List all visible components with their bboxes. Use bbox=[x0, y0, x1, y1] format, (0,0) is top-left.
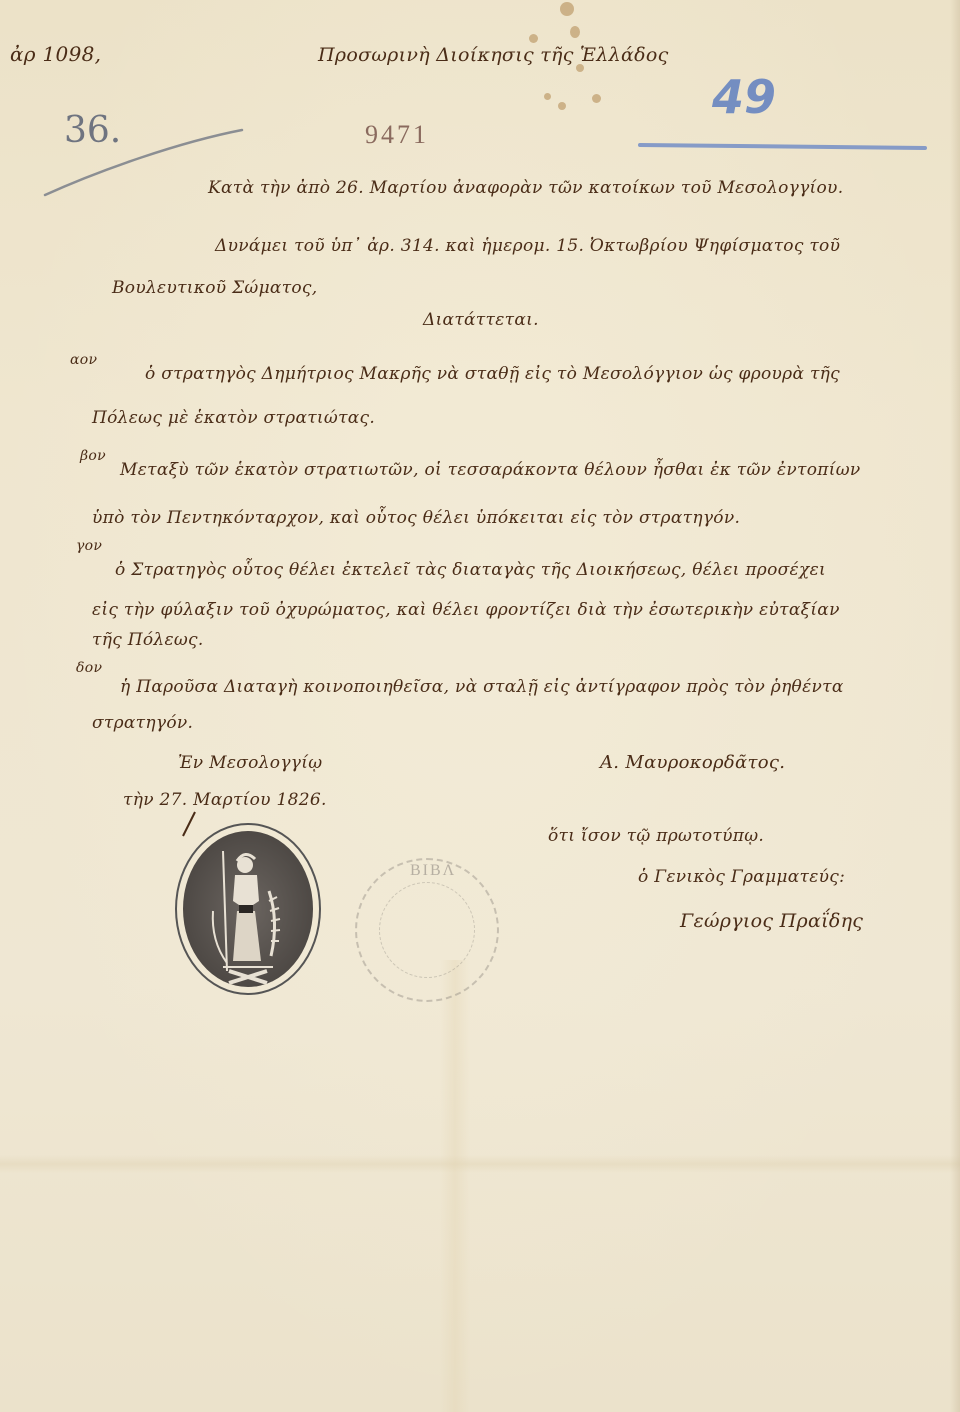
article-4-line-2: στρατηγόν. bbox=[92, 713, 193, 733]
article-2-line-2: ὑπὸ τὸν Πεντηκόνταρχον, καὶ οὗτος θέλει … bbox=[92, 508, 740, 528]
preamble-line-2: Δυνάμει τοῦ ὑπ᾽ ἀρ. 314. καὶ ἡμερομ. 15.… bbox=[215, 236, 840, 256]
manuscript-page: ἀρ 1098, Προσωρινὴ Διοίκησις τῆς Ἑλλάδος… bbox=[0, 0, 960, 1412]
article-1-line-2: Πόλεως μὲ ἑκατὸν στρατιώτας. bbox=[92, 408, 375, 428]
official-seal bbox=[175, 823, 321, 995]
date-of-issue: τὴν 27. Μαρτίου 1826. bbox=[123, 790, 327, 810]
article-marker: γον bbox=[76, 538, 102, 554]
preamble-line-3: Βουλευτικοῦ Σώματος, bbox=[112, 278, 317, 298]
ink-stain bbox=[529, 34, 538, 43]
article-3-line-1: ὁ Στρατηγὸς οὗτος θέλει ἐκτελεῖ τὰς διατ… bbox=[115, 560, 826, 580]
article-marker: δον bbox=[76, 660, 102, 676]
secretary-title: ὁ Γενικὸς Γραμματεύς: bbox=[638, 867, 845, 887]
paper-edge bbox=[950, 0, 960, 1412]
article-marker: αον bbox=[70, 352, 97, 368]
decree-word: Διατάττεται. bbox=[423, 310, 539, 330]
preamble-line-1: Κατὰ τὴν ἀπὸ 26. Μαρτίου ἀναφορὰν τῶν κα… bbox=[208, 178, 843, 198]
attestation-line: ὅτι ἴσον τῷ πρωτοτύπῳ. bbox=[548, 826, 764, 846]
athena-figure-icon bbox=[183, 831, 313, 987]
blue-underline bbox=[635, 138, 935, 154]
archive-stamp-number: 9471 bbox=[365, 120, 429, 150]
signature-mavrokordatos: Α. Μαυροκορδᾶτος. bbox=[600, 752, 785, 773]
ink-stain bbox=[558, 102, 566, 110]
ink-stain bbox=[592, 94, 601, 103]
place-of-issue: Ἐν Μεσολογγίῳ bbox=[178, 753, 322, 773]
seal-athena-emblem bbox=[183, 831, 313, 987]
ink-stain bbox=[570, 26, 580, 38]
faded-stamp-text: ΒΙΒΛ bbox=[410, 862, 456, 880]
paper-fold-vertical bbox=[440, 960, 470, 1412]
paper-fold-horizontal bbox=[0, 1155, 960, 1173]
date-flourish-stroke bbox=[175, 810, 205, 840]
article-2-line-1: Μεταξὺ τῶν ἑκατὸν στρατιωτῶν, οἱ τεσσαρά… bbox=[120, 460, 861, 480]
reference-number: ἀρ 1098, bbox=[10, 42, 101, 66]
blue-crayon-number: 49 bbox=[712, 70, 776, 124]
article-3-line-2: εἰς τὴν φύλαξιν τοῦ ὀχυρώματος, καὶ θέλε… bbox=[92, 600, 840, 620]
article-marker: βον bbox=[80, 448, 106, 464]
article-3-line-3: τῆς Πόλεως. bbox=[92, 630, 204, 650]
secretary-signature: Γεώργιος Πραΐδης bbox=[680, 910, 863, 932]
ink-stain bbox=[560, 2, 574, 16]
document-title: Προσωρινὴ Διοίκησις τῆς Ἑλλάδος bbox=[318, 44, 669, 66]
article-4-line-1: ἡ Παροῦσα Διαταγὴ κοινοποιηθεῖσα, νὰ στα… bbox=[120, 677, 844, 697]
article-1-line-1: ὁ στρατηγὸς Δημήτριος Μακρῆς νὰ σταθῇ εἰ… bbox=[145, 364, 840, 384]
ink-stain bbox=[544, 93, 551, 100]
